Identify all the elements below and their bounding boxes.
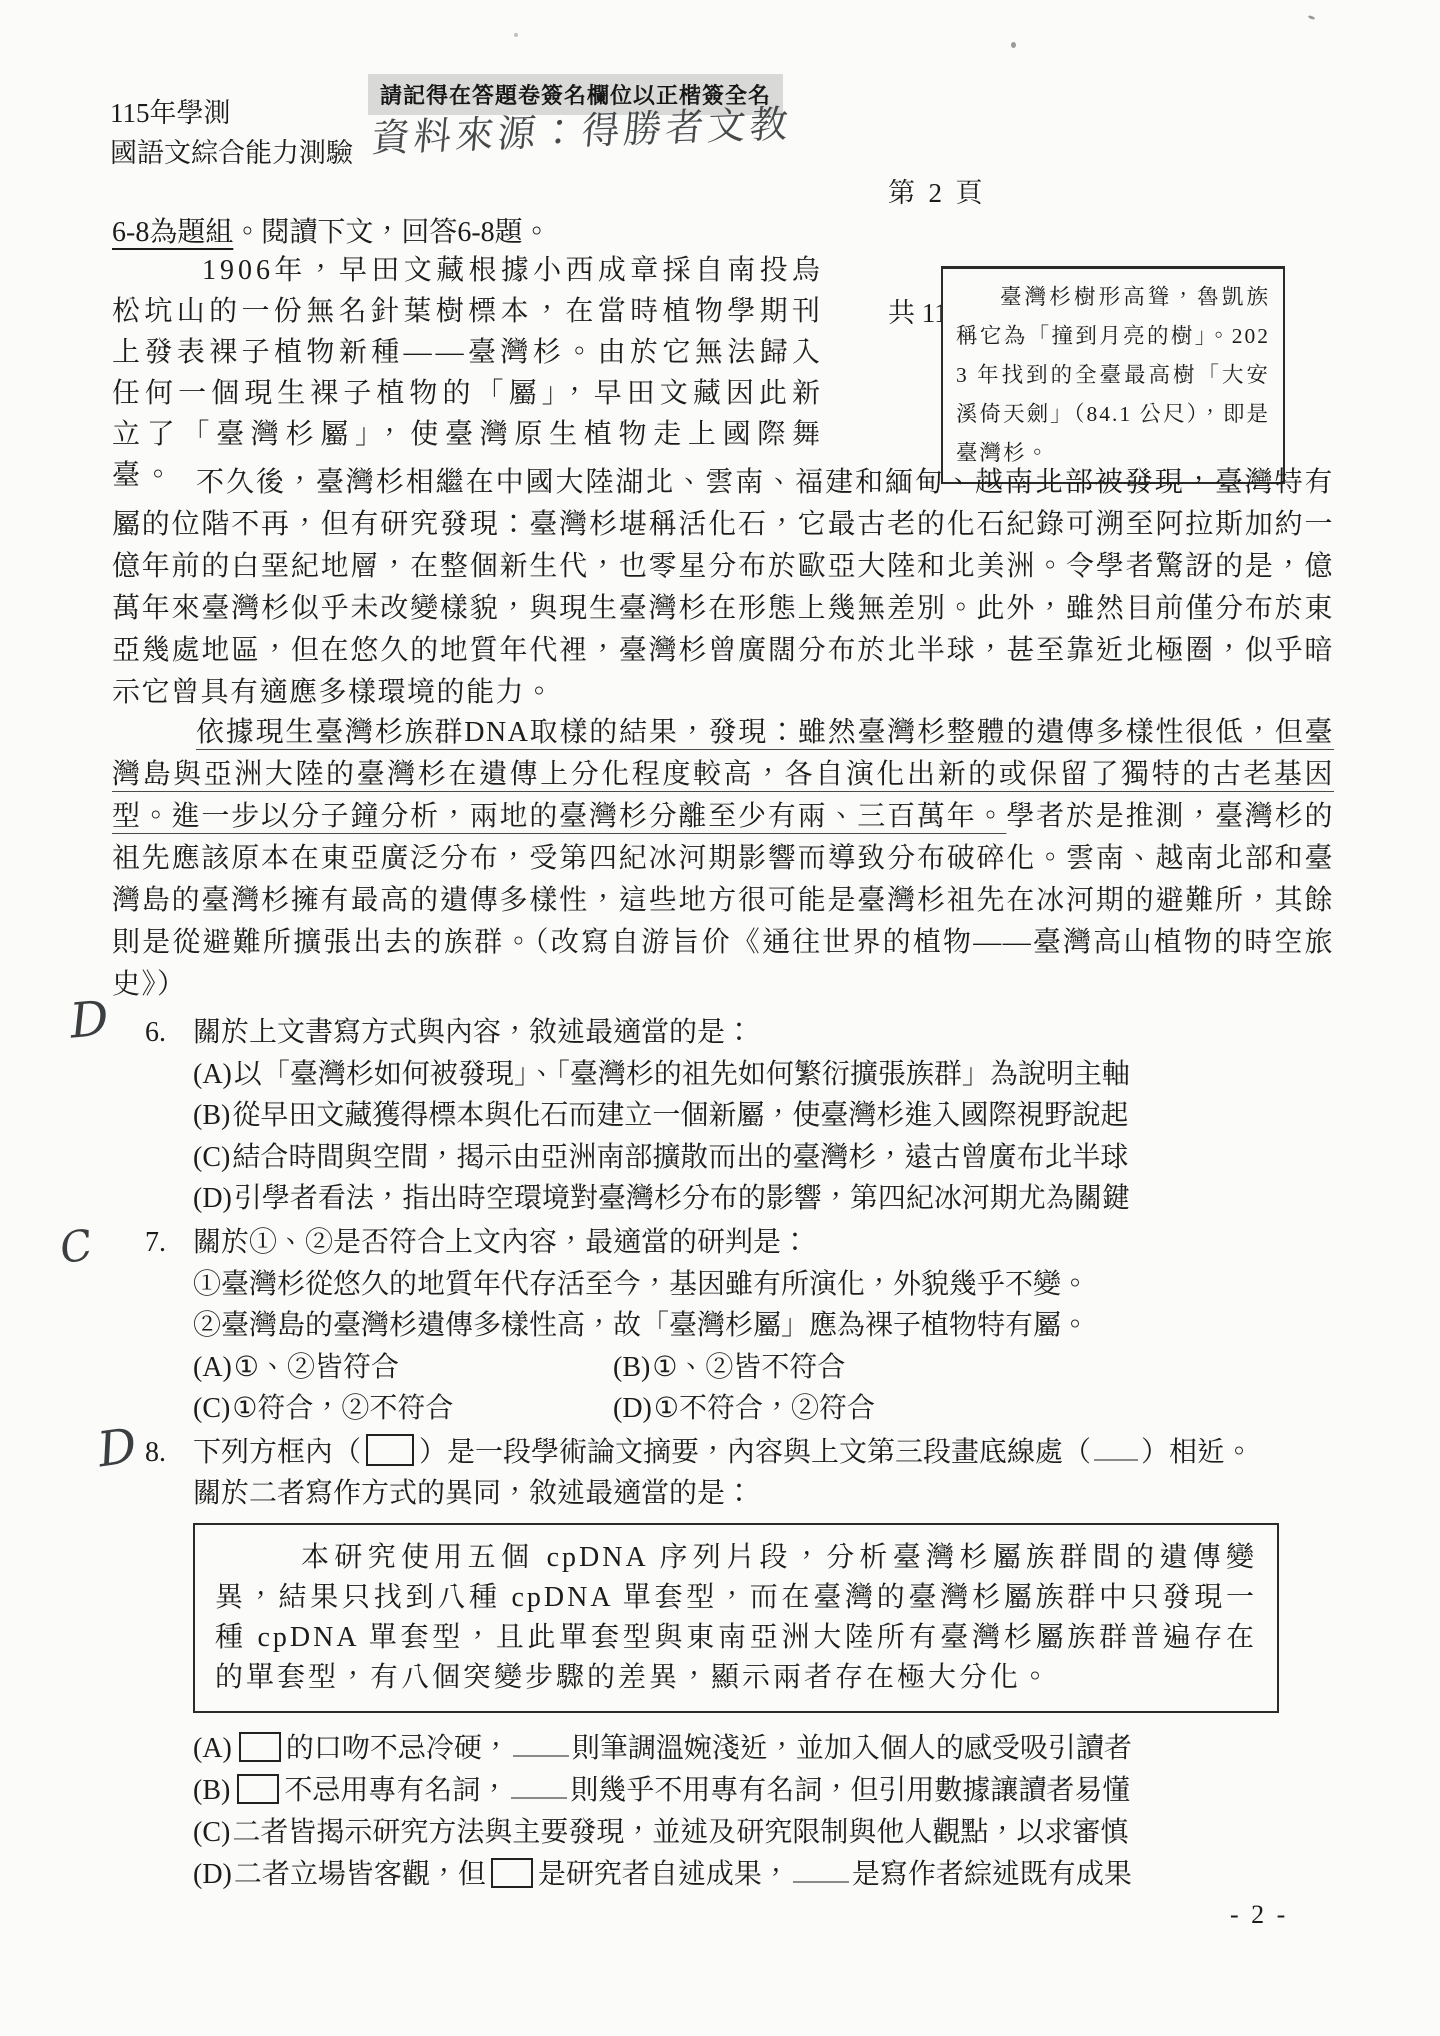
question-7-number: 7.: [145, 1222, 175, 1264]
option-label: (C): [193, 1393, 230, 1424]
question-8-stem-part3: ）相近。: [1141, 1437, 1253, 1468]
exam-page-scan: { "header": { "exam_title_line1": "115年學…: [0, 0, 1440, 2036]
question-8-number: 8.: [145, 1432, 175, 1473]
question-8-stem-part2: ）是一段學術論文摘要，內容與上文第三段畫底線處（: [419, 1437, 1091, 1468]
exam-title-block: 115年學測 國語文綜合能力測驗: [110, 93, 353, 173]
option-text: 的口吻不忌冷硬，: [286, 1733, 510, 1764]
question-8-stem-line: 8.下列方框內（）是一段學術論文摘要，內容與上文第三段畫底線處（）相近。: [145, 1432, 1345, 1473]
option: (C)二者皆揭示研究方法與主要發現，並述及研究限制與他人觀點，以求審慎: [193, 1812, 1345, 1854]
option-label: (B): [193, 1775, 230, 1806]
scan-speck: [514, 33, 518, 37]
option-text: 不忌用專有名詞，: [284, 1775, 508, 1806]
option-text: 二者皆揭示研究方法與主要發現，並述及研究限制與他人觀點，以求審慎: [232, 1817, 1128, 1848]
underline-blank-glyph: [793, 1861, 849, 1883]
question-group-intro: 6-8為題組。閱讀下文，回答6-8題。: [112, 210, 551, 250]
frame-box-glyph: [239, 1732, 281, 1762]
scan-speck: [1308, 15, 1316, 20]
option-label: (B): [613, 1352, 650, 1383]
frame-box-glyph: [237, 1774, 279, 1804]
option: (A)①、②皆符合: [193, 1347, 613, 1389]
option: (D)二者立場皆客觀，但是研究者自述成果，是寫作者綜述既有成果: [193, 1854, 1345, 1896]
option: (C)結合時間與空間，揭示由亞洲南部擴散而出的臺灣杉，遠古曾廣布北半球: [193, 1137, 1345, 1179]
option-text: 是寫作者綜述既有成果: [852, 1859, 1132, 1890]
question-8-stem-part1: 下列方框內（: [193, 1437, 361, 1468]
option-text: 從早田文藏獲得標本與化石而建立一個新屬，使臺灣杉進入國際視野說起: [232, 1100, 1128, 1131]
option: (D)引學者看法，指出時空環境對臺灣杉分布的影響，第四紀冰河期尤為關鍵: [193, 1178, 1345, 1220]
option: (C)①符合，②不符合: [193, 1388, 613, 1430]
option-label: (D): [193, 1859, 232, 1890]
option: (D)①不符合，②符合: [613, 1388, 1345, 1430]
option: (B)①、②皆不符合: [613, 1347, 1345, 1389]
page-footer-number: - 2 -: [1230, 1900, 1288, 1930]
option-text: 是研究者自述成果，: [538, 1859, 790, 1890]
question-7-options: (A)①、②皆符合 (B)①、②皆不符合 (C)①符合，②不符合 (D)①不符合…: [193, 1347, 1345, 1430]
option-label: (D): [613, 1393, 652, 1424]
question-7: 7.關於①、②是否符合上文內容，最適當的研判是： ①臺灣杉從悠久的地質年代存活至…: [145, 1222, 1345, 1430]
option-text: 以「臺灣杉如何被發現」、「臺灣杉的祖先如何繁衍擴張族群」為說明主軸: [234, 1059, 1130, 1090]
abstract-box: 本研究使用五個 cpDNA 序列片段，分析臺灣杉屬族群間的遺傳變異，結果只找到八…: [193, 1523, 1279, 1713]
handwritten-answer-q6: D: [68, 990, 111, 1049]
option-text: 引學者看法，指出時空環境對臺灣杉分布的影響，第四紀冰河期尤為關鍵: [234, 1183, 1130, 1214]
option: (A)的口吻不忌冷硬，則筆調溫婉淺近，並加入個人的感受吸引讀者: [193, 1728, 1345, 1770]
frame-box-glyph: [491, 1858, 533, 1888]
exam-subject-title: 國語文綜合能力測驗: [110, 133, 353, 173]
exam-year-title: 115年學測: [110, 93, 353, 133]
question-6-stem-line: 6.關於上文書寫方式與內容，敘述最適當的是：: [145, 1012, 1345, 1054]
passage-paragraph-1: 1906年，早田文藏根據小西成章採自南投烏松坑山的一份無名針葉樹標本，在當時植物…: [112, 250, 824, 496]
option-text: 則筆調溫婉淺近，並加入個人的感受吸引讀者: [572, 1733, 1132, 1764]
scan-speck: [1011, 42, 1016, 48]
option-text: ①符合，②不符合: [232, 1393, 453, 1424]
option-text: ①、②皆符合: [234, 1352, 399, 1383]
question-7-stem: 關於①、②是否符合上文內容，最適當的研判是：: [193, 1227, 809, 1258]
option: (B)不忌用專有名詞，則幾乎不用專有名詞，但引用數據讓讀者易懂: [193, 1770, 1345, 1812]
option-label: (B): [193, 1100, 230, 1131]
page-number-current: 第 2 頁: [888, 173, 983, 213]
option-label: (A): [193, 1733, 232, 1764]
underline-blank-glyph: [1094, 1439, 1138, 1461]
handwritten-answer-q8: D: [94, 1418, 140, 1479]
option-label: (A): [193, 1059, 232, 1090]
passage-paragraph-2: 不久後，臺灣杉相繼在中國大陸湖北、雲南、福建和緬甸、越南北部被發現，臺灣特有屬的…: [112, 462, 1334, 714]
question-7-statements: ①臺灣杉從悠久的地質年代存活至今，基因雖有所演化，外貌幾乎不變。 ②臺灣島的臺灣…: [193, 1264, 1345, 1347]
question-6: 6.關於上文書寫方式與內容，敘述最適當的是： (A)以「臺灣杉如何被發現」、「臺…: [145, 1012, 1345, 1220]
frame-box-glyph: [366, 1434, 414, 1466]
option: (A)以「臺灣杉如何被發現」、「臺灣杉的祖先如何繁衍擴張族群」為說明主軸: [193, 1054, 1345, 1096]
option-label: (C): [193, 1817, 230, 1848]
question-6-number: 6.: [145, 1012, 175, 1054]
question-8-stem-line2: 關於二者寫作方式的異同，敘述最適當的是：: [193, 1473, 1345, 1514]
question-group-instruction: 。閱讀下文，回答6-8題。: [233, 217, 550, 248]
question-6-options: (A)以「臺灣杉如何被發現」、「臺灣杉的祖先如何繁衍擴張族群」為說明主軸 (B)…: [193, 1054, 1345, 1220]
passage-side-box: 臺灣杉樹形高聳，魯凱族稱它為「撞到月亮的樹」。2023 年找到的全臺最高樹「大安…: [941, 266, 1285, 484]
option-label: (C): [193, 1142, 230, 1173]
question-8-options: (A)的口吻不忌冷硬，則筆調溫婉淺近，並加入個人的感受吸引讀者 (B)不忌用專有…: [193, 1728, 1345, 1896]
option-text: 則幾乎不用專有名詞，但引用數據讓讀者易懂: [570, 1775, 1130, 1806]
option-label: (D): [193, 1183, 232, 1214]
underline-blank-glyph: [511, 1777, 567, 1799]
handwritten-answer-q7: C: [56, 1220, 96, 1274]
option: (B)從早田文藏獲得標本與化石而建立一個新屬，使臺灣杉進入國際視野說起: [193, 1095, 1345, 1137]
statement-2: ②臺灣島的臺灣杉遺傳多樣性高，故「臺灣杉屬」應為裸子植物特有屬。: [193, 1305, 1345, 1347]
passage-paragraph-3: 依據現生臺灣杉族群DNA取樣的結果，發現：雖然臺灣杉整體的遺傳多樣性很低，但臺灣…: [112, 712, 1334, 1006]
option-text: ①不符合，②符合: [654, 1393, 875, 1424]
question-6-stem: 關於上文書寫方式與內容，敘述最適當的是：: [193, 1017, 753, 1048]
statement-1: ①臺灣杉從悠久的地質年代存活至今，基因雖有所演化，外貌幾乎不變。: [193, 1264, 1345, 1306]
option-text: ①、②皆不符合: [652, 1352, 845, 1383]
question-8: 8.下列方框內（）是一段學術論文摘要，內容與上文第三段畫底線處（）相近。 關於二…: [145, 1432, 1345, 1896]
question-group-label: 6-8為題組: [112, 217, 233, 248]
option-text: 二者立場皆客觀，但: [234, 1859, 486, 1890]
question-7-stem-line: 7.關於①、②是否符合上文內容，最適當的研判是：: [145, 1222, 1345, 1264]
option-text: 結合時間與空間，揭示由亞洲南部擴散而出的臺灣杉，遠古曾廣布北半球: [232, 1142, 1128, 1173]
option-label: (A): [193, 1352, 232, 1383]
underline-blank-glyph: [513, 1735, 569, 1757]
